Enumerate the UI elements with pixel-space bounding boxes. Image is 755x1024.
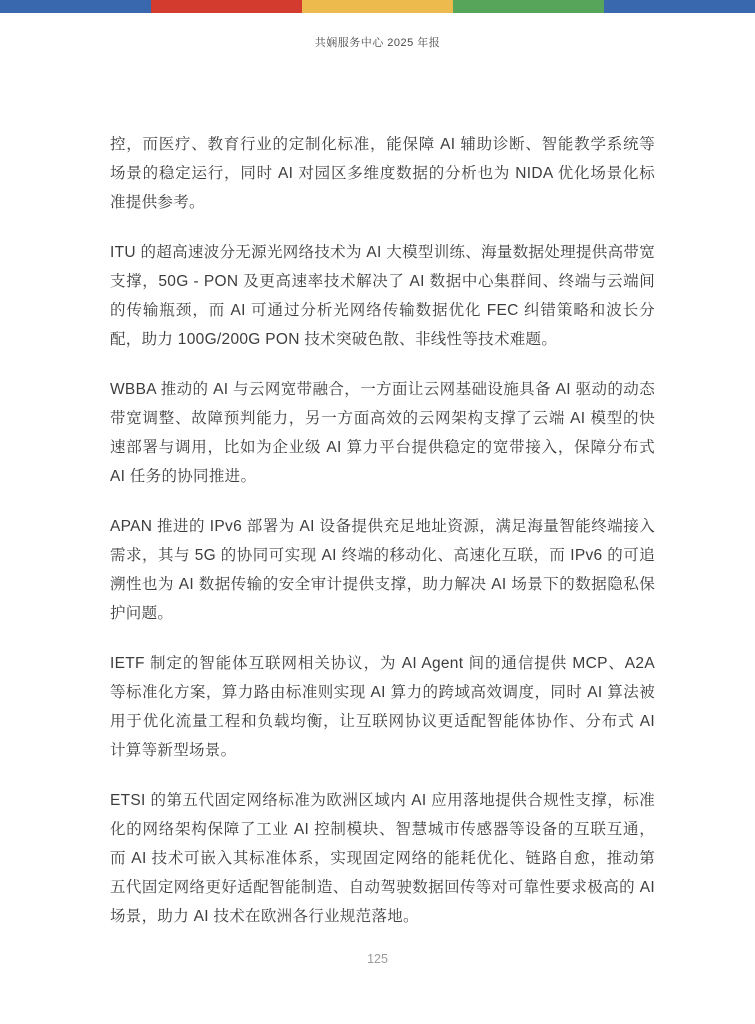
document-body: 控，而医疗、教育行业的定制化标准，能保障 AI 辅助诊断、智能教学系统等场景的稳… [110, 130, 655, 931]
decorative-color-bar [0, 0, 755, 13]
paragraph-wbba: WBBA 推动的 AI 与云网宽带融合，一方面让云网基础设施具备 AI 驱动的动… [110, 375, 655, 491]
document-page: 共娴服务中心 2025 年报 控，而医疗、教育行业的定制化标准，能保障 AI 辅… [0, 0, 755, 1024]
color-bar-segment-yellow [302, 0, 453, 13]
paragraph-nida: 控，而医疗、教育行业的定制化标准，能保障 AI 辅助诊断、智能教学系统等场景的稳… [110, 130, 655, 217]
color-bar-segment-blue [0, 0, 151, 13]
color-bar-segment-green [453, 0, 604, 13]
color-bar-segment-blue-2 [604, 0, 755, 13]
paragraph-ietf: IETF 制定的智能体互联网相关协议，为 AI Agent 间的通信提供 MCP… [110, 649, 655, 765]
paragraph-etsi: ETSI 的第五代固定网络标准为欧洲区域内 AI 应用落地提供合规性支撑，标准化… [110, 786, 655, 931]
report-header-title: 共娴服务中心 2025 年报 [0, 34, 755, 50]
page-number: 125 [0, 952, 755, 966]
paragraph-apan: APAN 推进的 IPv6 部署为 AI 设备提供充足地址资源，满足海量智能终端… [110, 512, 655, 628]
color-bar-segment-red [151, 0, 302, 13]
paragraph-itu: ITU 的超高速波分无源光网络技术为 AI 大模型训练、海量数据处理提供高带宽支… [110, 238, 655, 354]
